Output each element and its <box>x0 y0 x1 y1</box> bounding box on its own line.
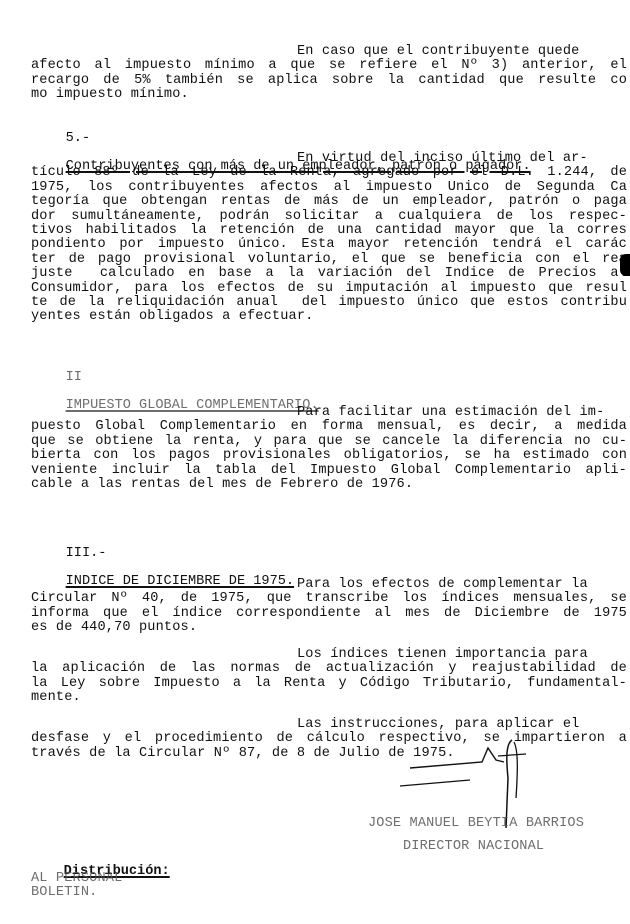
section-II-paragraph: Para facilitar una estimación del im- pu… <box>31 406 627 492</box>
section-III-paragraph-2: Los índices tienen importancia para la a… <box>31 648 627 706</box>
section-number: III.- <box>66 546 107 561</box>
paragraph-line: Las instrucciones, para aplicar el <box>31 718 627 732</box>
ink-blot <box>620 254 630 276</box>
handwritten-signature <box>370 738 530 848</box>
paragraph-line: bierta con los pagos provisionales oblig… <box>31 449 627 463</box>
paragraph-line: veniente incluir la tabla del Impuesto G… <box>31 464 627 478</box>
paragraph-line: cable a las rentas del mes de Febrero de… <box>31 478 627 492</box>
paragraph-line: que se obtiene la renta, y para que se c… <box>31 435 627 449</box>
paragraph-line: tegoría que obtengan rentas de más de un… <box>31 195 627 209</box>
paragraph-line: informa que el índice correspondiente al… <box>31 607 627 621</box>
paragraph-line: juste calculado en base a la variación d… <box>31 267 627 281</box>
intro-paragraph: En caso que el contribuyente quede afect… <box>31 45 627 103</box>
signatory-title: DIRECTOR NACIONAL <box>403 840 544 854</box>
paragraph-line: mente. <box>31 691 627 705</box>
section-number: 5.- <box>66 131 90 146</box>
paragraph-line: te de la reliquidación anual del impuest… <box>31 296 627 310</box>
paragraph-line: desfase y el procedimiento de cálculo re… <box>31 732 627 746</box>
paragraph-line: tículo 88º de la Ley de la Renta, agrega… <box>31 166 627 180</box>
document-page: En caso que el contribuyente quede afect… <box>0 0 630 924</box>
section-III-paragraph-1: Para los efectos de complementar la Circ… <box>31 578 627 636</box>
paragraph-line: Consumidor, para los efectos de su imput… <box>31 282 627 296</box>
distribution-item: BOLETIN. <box>31 886 97 900</box>
paragraph-line: yentes están obligados a efectuar. <box>31 310 627 324</box>
paragraph-line: Los índices tienen importancia para <box>31 648 627 662</box>
section-III-paragraph-3: Las instrucciones, para aplicar el desfa… <box>31 718 627 761</box>
signatory-name: JOSE MANUEL BEYTIA BARRIOS <box>368 817 584 831</box>
paragraph-line: la Ley sobre Impuesto a la Renta y Códig… <box>31 677 627 691</box>
distribution-item: AL PERSONAL <box>31 872 122 886</box>
paragraph-line: Para facilitar una estimación del im- <box>31 406 627 420</box>
paragraph-line: Circular Nº 40, de 1975, que transcribe … <box>31 592 627 606</box>
paragraph-line: mo impuesto mínimo. <box>31 88 627 102</box>
paragraph-line: recargo de 5% también se aplica sobre la… <box>31 74 627 88</box>
paragraph-line: la aplicación de las normas de actualiza… <box>31 662 627 676</box>
paragraph-line: afecto al impuesto mínimo a que se refie… <box>31 59 627 73</box>
paragraph-line: tivos habilitados la retención de una ca… <box>31 224 627 238</box>
section-5-paragraph: En virtud del inciso último del ar- tícu… <box>31 152 627 325</box>
paragraph-line: 1975, los contribuyentes afectos al impu… <box>31 181 627 195</box>
section-number: II <box>66 370 82 385</box>
paragraph-line: puesto Global Complementario en forma me… <box>31 420 627 434</box>
paragraph-line: dor sumultáneamente, podrán solicitar a … <box>31 210 627 224</box>
paragraph-line: ter de pago provisional voluntario, el q… <box>31 253 627 267</box>
paragraph-line: través de la Circular Nº 87, de 8 de Jul… <box>31 747 627 761</box>
paragraph-line: es de 440,70 puntos. <box>31 621 627 635</box>
paragraph-line: pondiento por impuesto único. Esta mayor… <box>31 238 627 252</box>
